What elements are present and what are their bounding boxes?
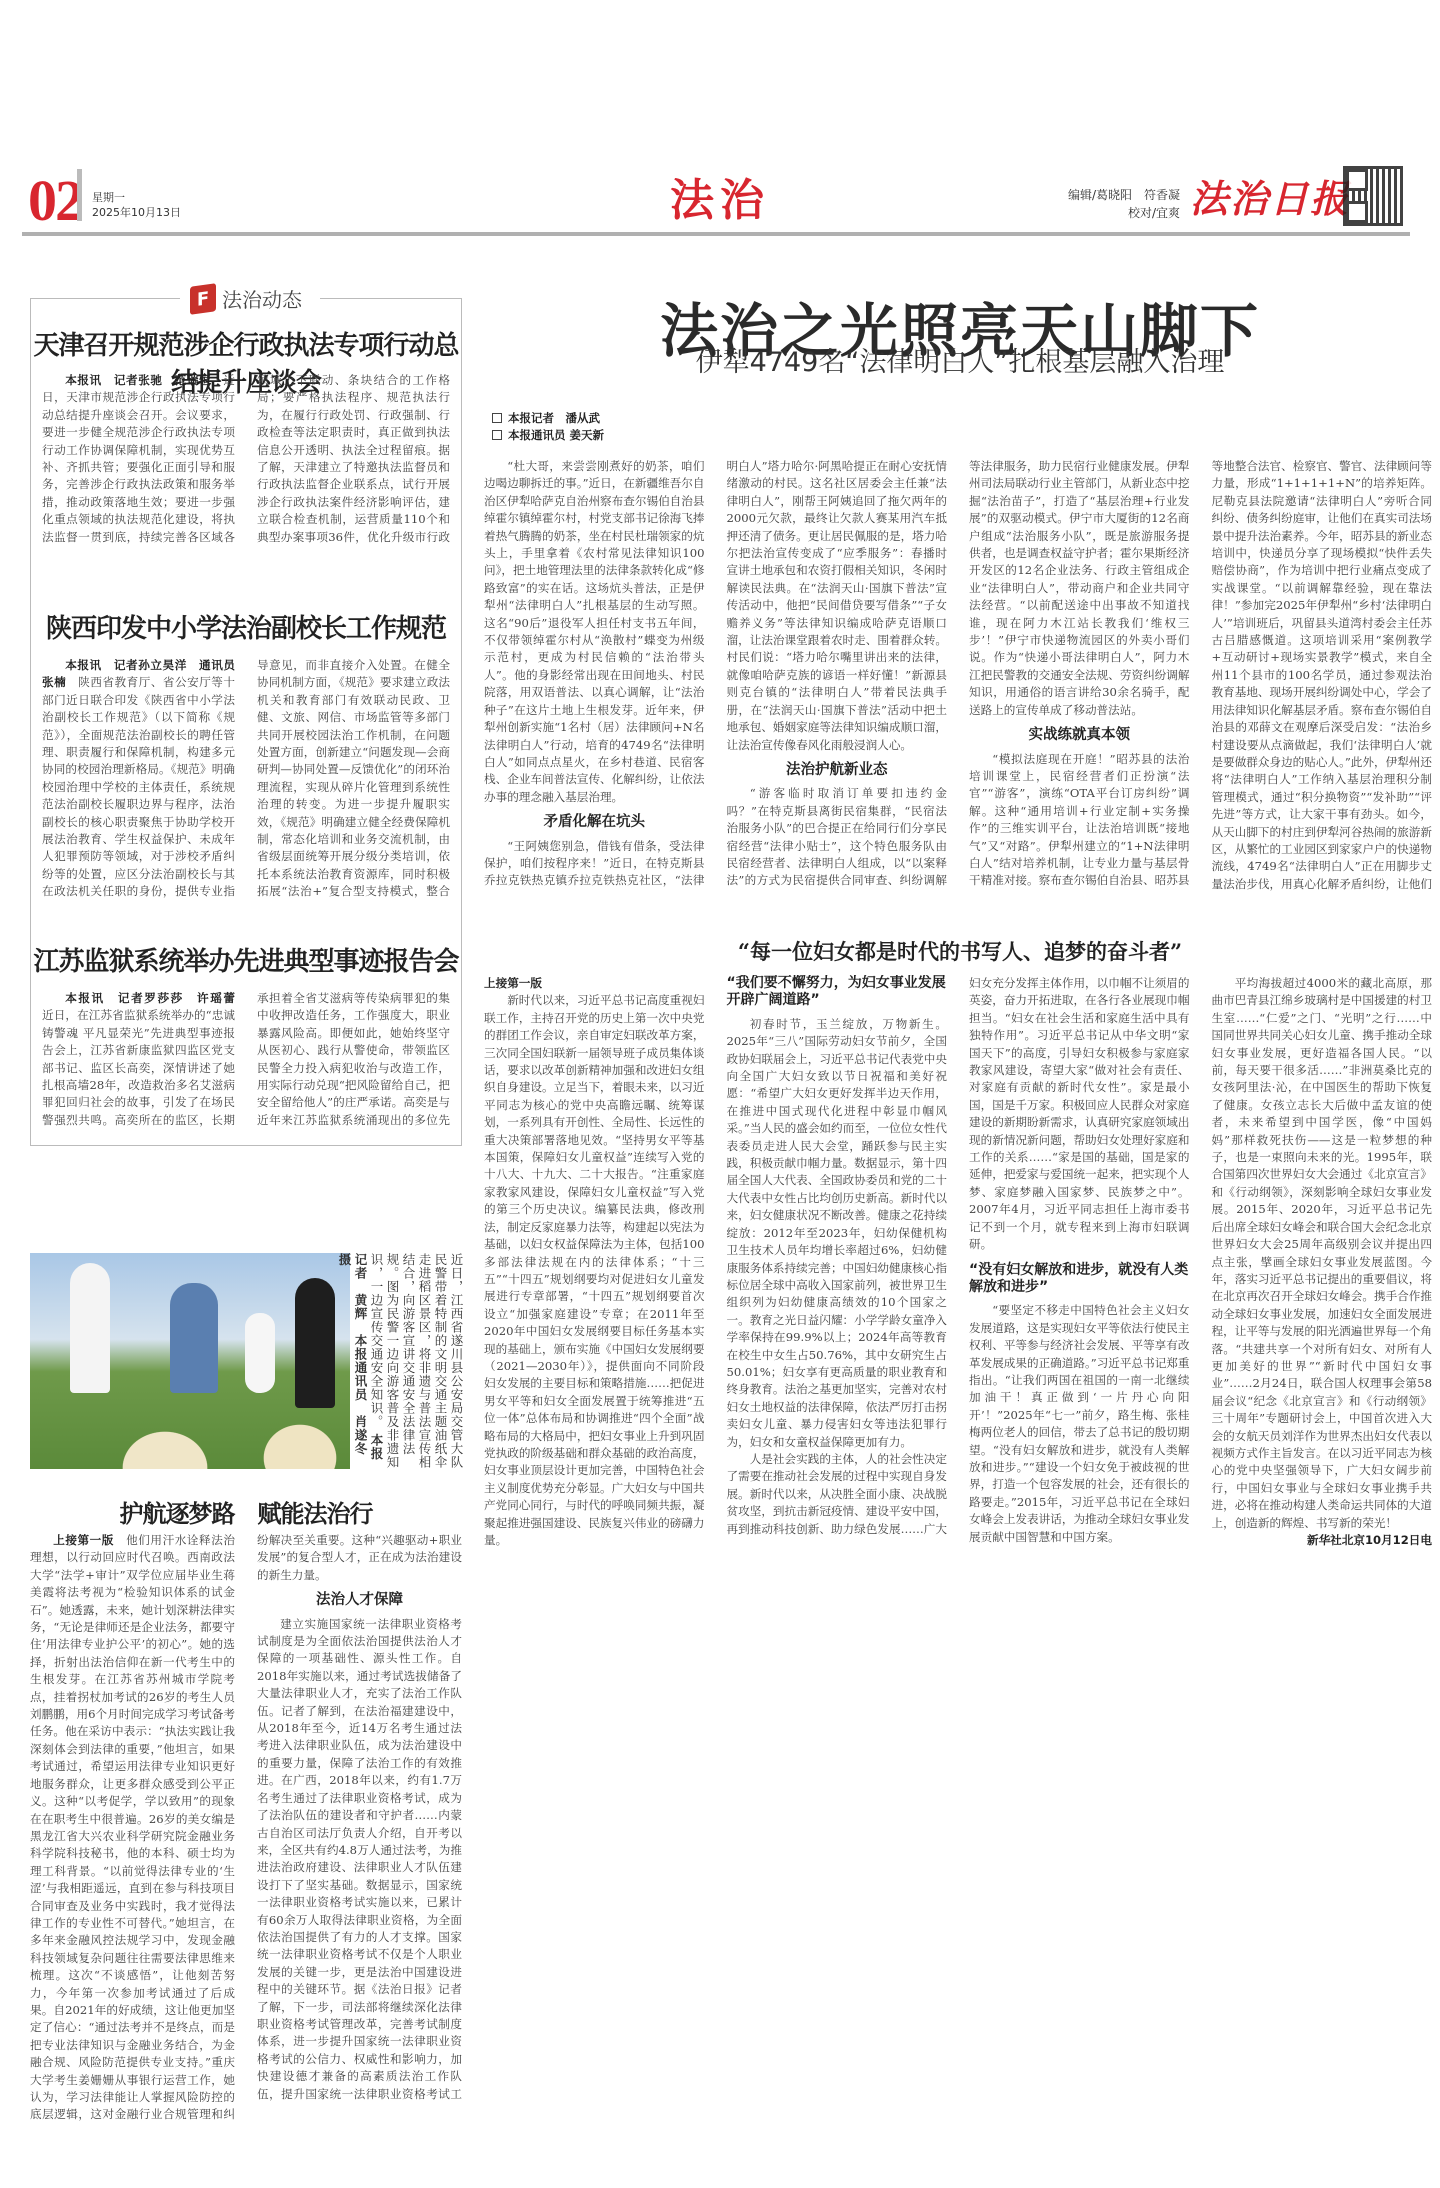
weekday: 星期一 — [92, 190, 181, 205]
byline-role: 本报通讯员 — [508, 428, 566, 442]
byline-box-icon — [492, 430, 502, 440]
photo-caption: 近日，江西省遂川县公安局交管大队民警带着特制的文明交通主题油纸伞走进稻区景区，将… — [356, 1253, 464, 1469]
f-logo-icon: F — [190, 283, 216, 315]
continued-from: 上接第一版 — [53, 1533, 114, 1547]
article-text: 近日，天津市规范涉企行政执法专项行动总结提升座谈会召开。会议要求，要进一步健全规… — [42, 373, 450, 544]
article-subheading: 实战练就真本领 — [969, 727, 1190, 744]
article-body: 本报讯 记者张驰 范瑞恒 近日，天津市规范涉企行政执法专项行动总结提升座谈会召开… — [42, 372, 450, 547]
article-subheading: 矛盾化解在坑头 — [484, 814, 705, 831]
page-number-divider — [77, 169, 82, 221]
article-headline: 护航逐梦路 赋能法治行 — [30, 1494, 462, 1529]
article-lead: 本报讯 — [65, 373, 102, 387]
article-subheading: “没有妇女解放和进步，就没有人类解放和进步” — [969, 1262, 1190, 1297]
editors: 编辑/葛晓阳 符香凝 — [1060, 186, 1180, 204]
article-text: 初春时节，玉兰绽放，万物新生。2025年“三八”国际劳动妇女节前夕，全国政协妇联… — [727, 1016, 948, 1451]
byline-box-icon — [492, 413, 502, 423]
page-date: 星期一 2025年10月13日 — [92, 190, 181, 220]
news-photo — [30, 1253, 350, 1469]
women-headline: “每一位妇女都是时代的书写人、追梦的奋斗者” — [480, 936, 1440, 966]
women-body: 上接第一版 新时代以来，习近平总书记高度重视妇联工作，主持召开党的历史上第一次中… — [484, 975, 1432, 2175]
newspaper-logo: 法治日报 — [1190, 168, 1350, 223]
continued-from: 上接第一版 — [484, 975, 705, 992]
byline-role: 本报记者 — [508, 411, 554, 425]
article-text: “杜大哥，来尝尝刚煮好的奶茶，咱们边喝边聊拆迁的事。”近日，在新疆维吾尔自治区伊… — [484, 458, 705, 806]
article-lead: 本报讯 — [65, 991, 105, 1005]
article-subheading: “我们要不懈努力，为妇女事业发展开辟广阔道路” — [727, 975, 948, 1010]
column-tag-label: 法治动态 — [222, 284, 302, 313]
article-subheading: 法治护航新业态 — [727, 762, 948, 779]
box-border — [30, 298, 180, 299]
article-headline: 陕西印发中小学法治副校长工作规范 — [30, 608, 462, 645]
article-text: 建立实施国家统一法律职业资格考试制度是为全面依法治国提供法治人才保障的一项基础性… — [257, 1532, 462, 2132]
byline-name: 潘从武 — [566, 411, 601, 425]
article-reporters: 记者罗莎莎 许瑶蕾 — [118, 991, 235, 1005]
dateline: 新华社北京10月12日电 — [1212, 1532, 1433, 1549]
article-body: 本报讯 记者孙立昊洋 通讯员张楠 陕西省教育厅、省公安厅等十部门近日联合印发《陕… — [42, 657, 450, 902]
article-body: 上接第一版 他们用汗水诠释法治理想，以行动回应时代召唤。西南政法大学“法学+审计… — [30, 1532, 462, 2132]
byline-name: 姜天新 — [570, 428, 605, 442]
page-number: 02 — [28, 172, 82, 230]
article-text: 近日，在江苏省监狱系统举办的“忠诚铸警魂 平凡显荣光”先进典型事迹报告会上，江苏… — [42, 991, 450, 1127]
date: 2025年10月13日 — [92, 205, 181, 220]
article-body: 本报讯 记者罗莎莎 许瑶蕾 近日，在江苏省监狱系统举办的“忠诚铸警魂 平凡显荣光… — [42, 990, 450, 1130]
lead-body: “杜大哥，来尝尝刚煮好的奶茶，咱们边喝边聊拆迁的事。”近日，在新疆维吾尔自治区伊… — [484, 458, 1432, 898]
editor-credits: 编辑/葛晓阳 符香凝 校对/宜爽 — [1060, 186, 1180, 222]
article-text: 陕西省教育厅、省公安厅等十部门近日联合印发《陕西省中小学法治副校长工作规范》（以… — [42, 658, 450, 898]
article-headline: 江苏监狱系统举办先进典型事迹报告会 — [30, 941, 462, 978]
section-title: 法治 — [670, 164, 770, 228]
article-lead: 本报讯 — [65, 658, 102, 672]
qr-code-icon[interactable] — [1343, 166, 1403, 226]
proofreader: 校对/宜爽 — [1060, 204, 1180, 222]
article-subheading: 法治人才保障 — [257, 1592, 462, 1609]
article-text: 新时代以来，习近平总书记高度重视妇联工作，主持召开党的历史上第一次中央党的群团工… — [484, 992, 705, 1549]
article-text: “要坚定不移走中国特色社会主义妇女发展道路，这是实现妇女平等依法行使民主权利、平… — [969, 1302, 1190, 1546]
article-reporters: 记者张驰 范瑞恒 — [114, 373, 211, 387]
column-tag: F 法治动态 — [190, 284, 302, 313]
lead-subheadline: 伊犁4749名“法律明白人”扎根基层融入治理 — [480, 340, 1440, 379]
masthead-rule — [22, 232, 1410, 236]
lead-byline: 本报记者 潘从武 本报通讯员 姜天新 — [492, 410, 604, 444]
article-text: 平均海拔超过4000米的藏北高原，那曲市巴青县江绵乡玻璃村是中国援建的村卫生室…… — [1212, 975, 1433, 1532]
box-border — [320, 298, 462, 299]
